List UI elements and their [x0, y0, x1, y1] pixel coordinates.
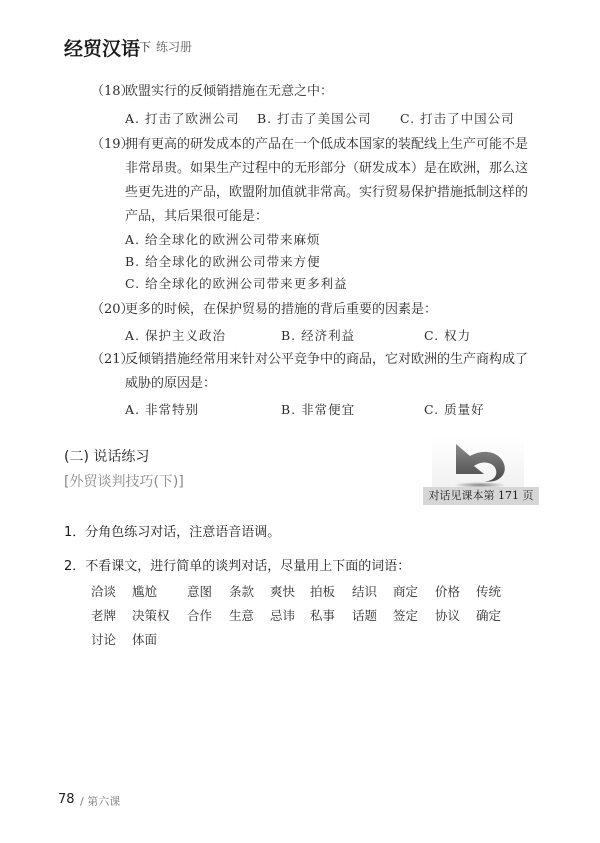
vocab-word: 签定 [393, 606, 418, 624]
vocab-word: 体面 [132, 630, 157, 648]
vocab-word: 意图 [187, 582, 212, 600]
question-text-line-3: 些更先进的产品，欧盟附加值就非常高。实行贸易保护措施抵制这样的 [125, 181, 535, 205]
vocab-word: 老牌 [91, 606, 116, 624]
question-text-line-4: 产品，其后果很可能是： [125, 205, 535, 229]
book-title: 经贸汉语 [64, 34, 140, 61]
option-b: B. 非常便宜 [281, 398, 355, 422]
vocab-word: 确定 [476, 606, 501, 624]
vocab-word: 合作 [187, 606, 212, 624]
vocab-word: 结识 [352, 582, 377, 600]
option-a: A. 非常特别 [125, 398, 199, 422]
option-a: A. 打击了欧洲公司 [125, 107, 239, 131]
option-c: C. 权力 [424, 324, 471, 348]
book-subtitle: 练习册 [156, 38, 192, 55]
option-c: C. 给全球化的欧洲公司带来更多利益 [125, 272, 348, 296]
vocab-word: 讨论 [91, 630, 116, 648]
vocab-word: 协议 [435, 606, 460, 624]
task-2: 2．不看课文，进行简单的谈判对话，尽量用上下面的词语： [64, 555, 410, 574]
question-text: 欧盟实行的反倾销措施在无意之中： [125, 80, 535, 104]
option-c: C. 打击了中国公司 [400, 107, 515, 131]
section-title: (二) 说话练习 [64, 446, 149, 466]
task-1: 1．分角色练习对话，注意语音语调。 [64, 521, 280, 540]
vocab-word: 爽快 [270, 582, 295, 600]
vocab-word: 生意 [229, 606, 254, 624]
return-arrow-icon [432, 436, 524, 492]
vocab-word: 话题 [352, 606, 377, 624]
question-text-line-1: 拥有更高的研发成本的产品在一个低成本国家的装配线上生产可能不是 [125, 133, 535, 157]
book-volume: 下 [139, 38, 151, 55]
option-c: C. 质量好 [424, 398, 485, 422]
question-text-line-1: 反倾销措施经常用来针对公平竞争中的商品，它对欧洲的生产商构成了 [125, 348, 535, 372]
section-subtitle: [外贸谈判技巧(下)] [64, 471, 184, 491]
vocab-word: 决策权 [132, 606, 170, 624]
textbook-reference-label: 对话见课本第 171 页 [423, 487, 539, 505]
question-text-line-2: 非常昂贵。如果生产过程中的无形部分（研发成本）是在欧洲，那么这 [125, 157, 535, 181]
page-number: 78 [58, 792, 75, 807]
vocab-word: 尴尬 [132, 582, 157, 600]
option-a: A. 保护主义政治 [125, 324, 226, 348]
vocab-word: 商定 [393, 582, 418, 600]
option-a: A. 给全球化的欧洲公司带来麻烦 [125, 228, 320, 252]
option-b: B. 给全球化的欧洲公司带来方便 [125, 250, 321, 274]
lesson-label: / 第六课 [80, 793, 120, 809]
vocab-word: 拍板 [310, 582, 335, 600]
vocab-word: 私事 [310, 606, 335, 624]
question-text: 更多的时候，在保护贸易的措施的背后重要的因素是： [125, 298, 535, 322]
vocab-word: 洽谈 [91, 582, 116, 600]
option-b: B. 打击了美国公司 [257, 107, 372, 131]
vocab-word: 条款 [229, 582, 254, 600]
vocab-word: 忌讳 [270, 606, 295, 624]
option-b: B. 经济利益 [281, 324, 355, 348]
vocab-word: 价格 [435, 582, 460, 600]
question-text-line-2: 威胁的原因是： [125, 372, 535, 396]
vocab-word: 传统 [476, 582, 501, 600]
